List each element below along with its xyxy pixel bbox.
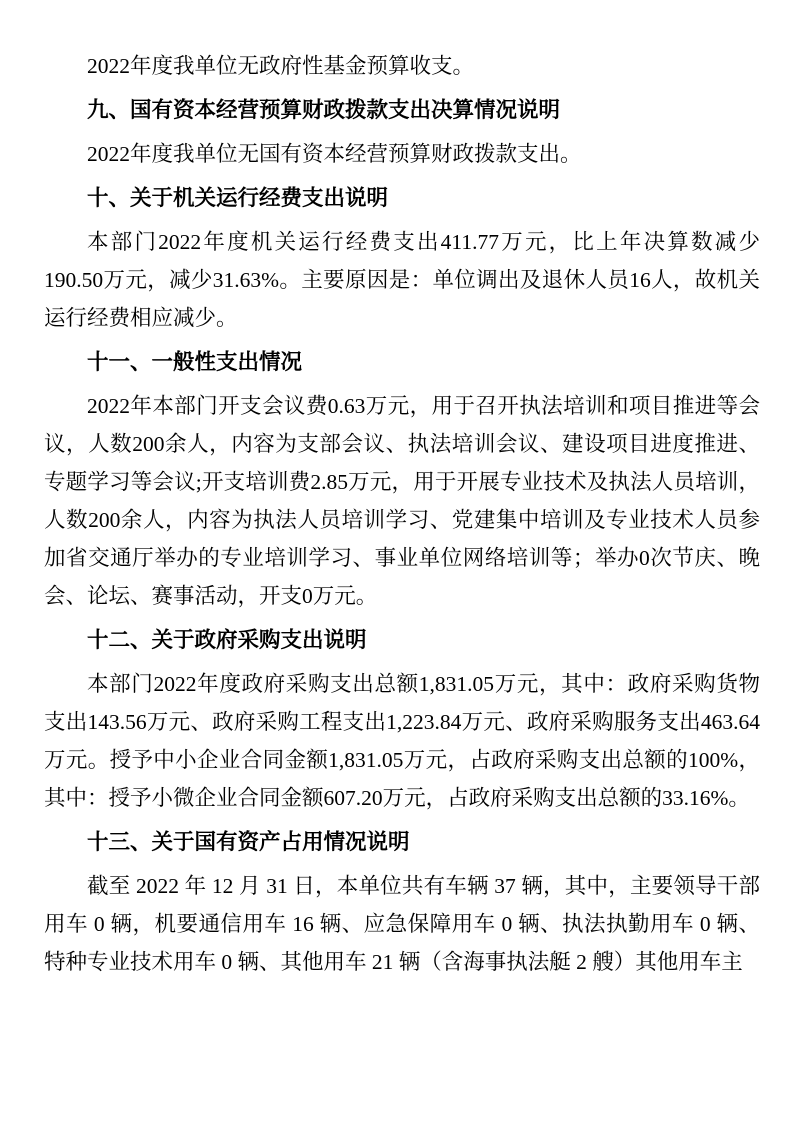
heading-section-11: 十一、一般性支出情况: [44, 343, 760, 381]
heading-section-10: 十、关于机关运行经费支出说明: [44, 179, 760, 217]
heading-section-9: 九、国有资本经营预算财政拨款支出决算情况说明: [44, 91, 760, 129]
paragraph-gov-fund-budget: 2022年度我单位无政府性基金预算收支。: [44, 47, 760, 85]
paragraph-state-capital-budget: 2022年度我单位无国有资本经营预算财政拨款支出。: [44, 135, 760, 173]
heading-section-12: 十二、关于政府采购支出说明: [44, 621, 760, 659]
paragraph-state-assets: 截至 2022 年 12 月 31 日，本单位共有车辆 37 辆，其中，主要领导…: [44, 867, 760, 981]
document-page: 2022年度我单位无政府性基金预算收支。 九、国有资本经营预算财政拨款支出决算情…: [0, 0, 793, 1122]
heading-section-13: 十三、关于国有资产占用情况说明: [44, 823, 760, 861]
paragraph-government-procurement: 本部门2022年度政府采购支出总额1,831.05万元，其中：政府采购货物支出1…: [44, 665, 760, 817]
paragraph-operating-expenses: 本部门2022年度机关运行经费支出411.77万元，比上年决算数减少190.50…: [44, 223, 760, 337]
paragraph-general-expenditure: 2022年本部门开支会议费0.63万元，用于召开执法培训和项目推进等会议，人数2…: [44, 387, 760, 615]
